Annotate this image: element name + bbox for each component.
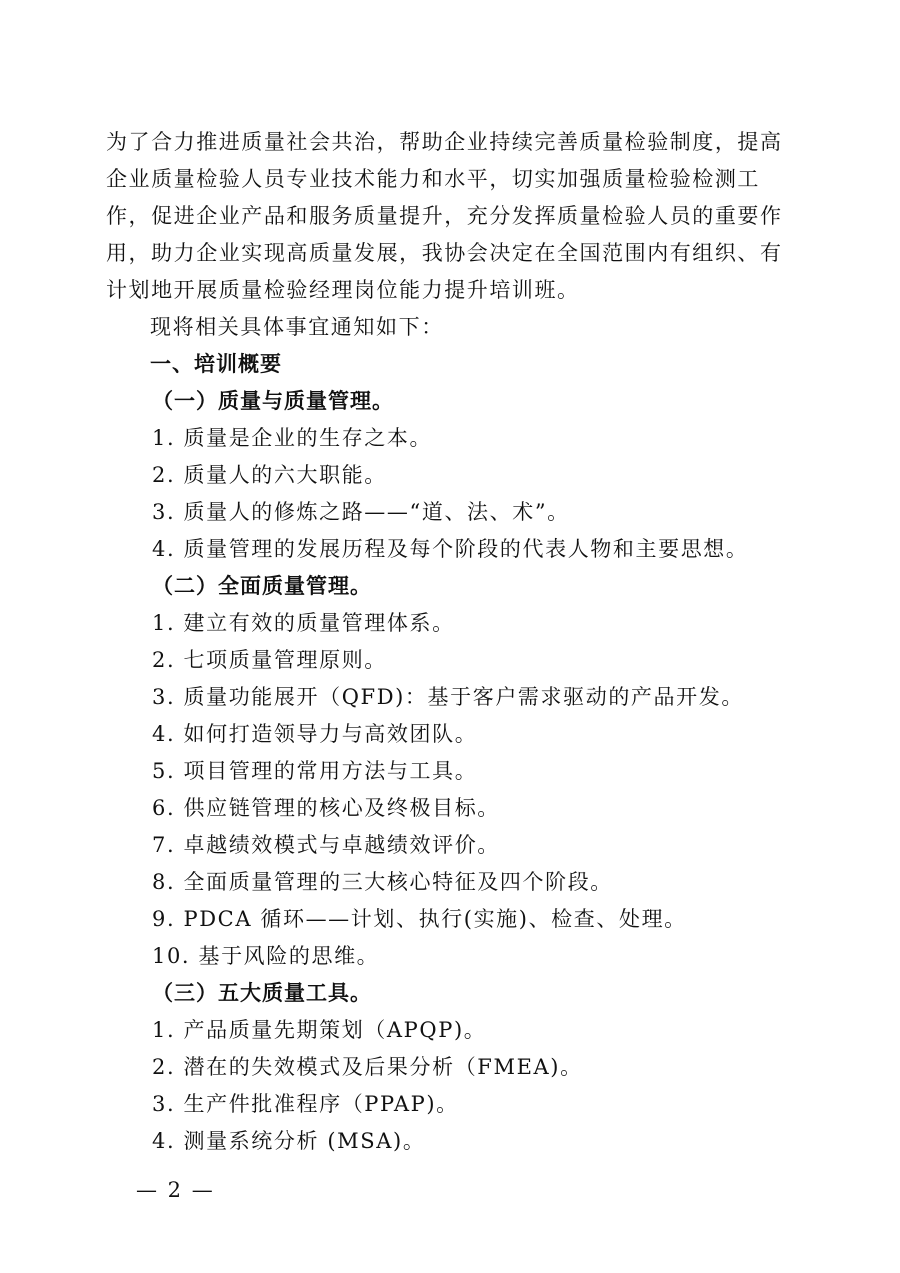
list-item: 2. 潜在的失效模式及后果分析（FMEA)。 [106, 1049, 788, 1086]
list-item: 9. PDCA 循环——计划、执行(实施)、检查、处理。 [106, 901, 788, 938]
list-item: 5. 项目管理的常用方法与工具。 [106, 753, 788, 790]
subsection-heading: （三）五大质量工具。 [106, 975, 788, 1012]
list-item: 6. 供应链管理的核心及终极目标。 [106, 790, 788, 827]
subsection-total-quality-management: （二）全面质量管理。 1. 建立有效的质量管理体系。 2. 七项质量管理原则。 … [106, 568, 788, 975]
subsection-heading: （一）质量与质量管理。 [106, 383, 788, 420]
intro-line: 作，促进企业产品和服务质量提升，充分发挥质量检验人员的重要作 [106, 198, 788, 235]
list-item: 7. 卓越绩效模式与卓越绩效评价。 [106, 827, 788, 864]
list-item: 4. 如何打造领导力与高效团队。 [106, 716, 788, 753]
list-item: 10. 基于风险的思维。 [106, 938, 788, 975]
list-item: 2. 七项质量管理原则。 [106, 642, 788, 679]
list-item: 1. 产品质量先期策划（APQP)。 [106, 1012, 788, 1049]
list-item: 1. 建立有效的质量管理体系。 [106, 605, 788, 642]
page-number: — 2 — [136, 1178, 215, 1202]
list-item: 3. 质量功能展开（QFD)：基于客户需求驱动的产品开发。 [106, 679, 788, 716]
list-item: 2. 质量人的六大职能。 [106, 457, 788, 494]
subsection-quality-management: （一）质量与质量管理。 1. 质量是企业的生存之本。 2. 质量人的六大职能。 … [106, 383, 788, 568]
subsection-five-quality-tools: （三）五大质量工具。 1. 产品质量先期策划（APQP)。 2. 潜在的失效模式… [106, 975, 788, 1160]
list-item: 4. 测量系统分析 (MSA)。 [106, 1123, 788, 1160]
intro-line: 企业质量检验人员专业技术能力和水平，切实加强质量检验检测工 [106, 161, 788, 198]
document-page: 为了合力推进质量社会共治，帮助企业持续完善质量检验制度，提高 企业质量检验人员专… [106, 124, 788, 1160]
intro-line: 计划地开展质量检验经理岗位能力提升培训班。 [106, 272, 788, 309]
list-item: 1. 质量是企业的生存之本。 [106, 420, 788, 457]
intro-line: 用，助力企业实现高质量发展，我协会决定在全国范围内有组织、有 [106, 235, 788, 272]
subsection-heading: （二）全面质量管理。 [106, 568, 788, 605]
list-item: 4. 质量管理的发展历程及每个阶段的代表人物和主要思想。 [106, 531, 788, 568]
list-item: 3. 生产件批准程序（PPAP)。 [106, 1086, 788, 1123]
list-item: 3. 质量人的修炼之路——“道、法、术”。 [106, 494, 788, 531]
notice-line: 现将相关具体事宜通知如下： [106, 309, 788, 346]
intro-paragraph: 为了合力推进质量社会共治，帮助企业持续完善质量检验制度，提高 企业质量检验人员专… [106, 124, 788, 309]
list-item: 8. 全面质量管理的三大核心特征及四个阶段。 [106, 864, 788, 901]
section-heading: 一、培训概要 [106, 346, 788, 383]
intro-line: 为了合力推进质量社会共治，帮助企业持续完善质量检验制度，提高 [106, 124, 788, 161]
